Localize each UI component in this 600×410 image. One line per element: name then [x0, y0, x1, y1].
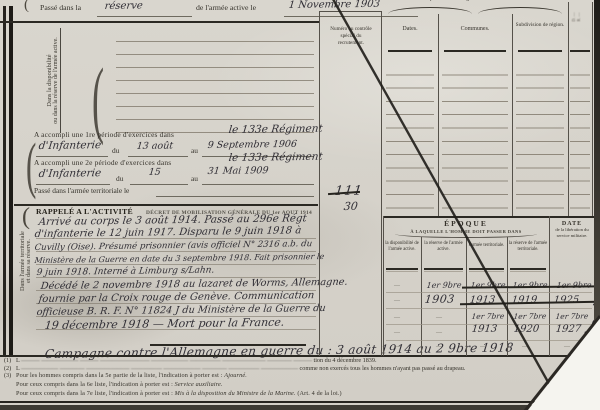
epoque-subtitle-flourish	[395, 234, 537, 238]
epoque-col-line	[421, 237, 422, 356]
side-label-territorial: Dans l'armée territoriale et dans sa rés…	[19, 217, 32, 305]
header-underline-thin	[469, 271, 504, 272]
blank-line	[202, 184, 314, 185]
blank-line	[284, 16, 418, 17]
territorial-printed: Passé dans l'armée territoriale le	[34, 186, 129, 195]
brace-decoration-left	[388, 7, 472, 14]
header-underline	[424, 268, 463, 270]
header-underline	[518, 50, 562, 52]
left-border-outer	[3, 6, 6, 356]
header-underline-thin	[510, 271, 546, 272]
top-line-handwritten-value: réserve	[104, 0, 143, 12]
epoque-top-border	[383, 216, 595, 218]
epoque-r3c4: 1er 7bre	[513, 312, 547, 321]
residence-header-dates: Dates.	[384, 26, 436, 32]
side-label-reserve: Dans la disponibilité ou dans la réserve…	[46, 28, 61, 133]
brace-decoration-right	[478, 7, 562, 14]
blank-cell-dash: —	[564, 344, 570, 350]
blank-cell-dash: —	[394, 344, 400, 350]
footnote-marker: (3)	[4, 372, 11, 379]
footnote-2-start: L	[16, 365, 20, 372]
epoque-row-line	[386, 308, 592, 309]
exercise2-au: au	[191, 174, 198, 183]
epoque-col-header-3: l'armée territoriale.	[467, 243, 506, 249]
header-underline	[388, 50, 432, 52]
header-underline	[444, 50, 506, 52]
date-col-header: DATE de la libération du service militai…	[550, 221, 594, 238]
epoque-row-line	[386, 340, 592, 341]
opening-paren: (	[24, 0, 29, 14]
epoque-r3c3: 1er 7bre	[471, 312, 505, 321]
blank-line	[97, 16, 192, 17]
date-col-sub: de la libération du service militaire.	[550, 227, 594, 238]
side-label-line1: Dans la disponibilité	[46, 28, 53, 133]
epoque-col-header-1: la disponibilité de l'armée active.	[384, 241, 420, 252]
numero-col-right-border	[381, 11, 382, 356]
residence-caption: par suite de changements de domicile ou …	[382, 0, 594, 2]
epoque-r1c2: 1er 9bre	[426, 281, 462, 290]
blank-line	[128, 156, 188, 157]
exercise2-du: du	[116, 174, 123, 183]
numero-col-left-border	[319, 11, 320, 356]
epoque-r4c4: 1920	[513, 324, 540, 335]
footnote-marker: (1)	[4, 357, 11, 364]
left-border-inner	[9, 6, 13, 356]
footnote-2-illegible: —————— ———— ——————— ————— —————— ———— ——…	[21, 365, 298, 372]
exercise2-printed: A accompli une 2e période d'exercices da…	[34, 158, 171, 167]
exercise1-au: au	[191, 146, 198, 155]
bottom-scan-edge	[0, 405, 600, 410]
blank-line	[36, 156, 108, 157]
exercise2-to: 31 Mai 1909	[207, 165, 269, 177]
epoque-title: ÉPOQUE	[383, 219, 549, 228]
footnote-2-end: comme non exercés tous les hommes n'ayan…	[300, 365, 466, 372]
epoque-r2c4: 1919	[511, 295, 538, 306]
exercise1-from: 13 août	[136, 140, 174, 152]
epoque-col-line	[507, 237, 508, 356]
header-underline-thin	[386, 271, 418, 272]
exercise2-regiment: le 133e Régiment	[228, 151, 323, 164]
exercise1-arm: d'Infanterie	[38, 139, 102, 152]
footnote-1-start: L	[16, 357, 20, 364]
numero-col-top-border	[319, 11, 381, 12]
numero-col-header: Numéro au contrôle spécial du recrutemen…	[329, 26, 373, 46]
blank-cell-dash: —	[394, 315, 400, 321]
top-line-handwritten-date: 1 Novembre 1903	[288, 0, 380, 11]
blank-cell-dash: —	[394, 298, 400, 304]
epoque-r2c2: 1903	[424, 293, 455, 306]
residence-side-note: D. — R. —	[571, 2, 581, 32]
exercise2-from: 15	[148, 167, 161, 178]
exercise1-du: du	[112, 146, 119, 155]
residence-body-rules	[570, 62, 590, 214]
header-underline	[570, 50, 590, 52]
side-label-line2: ou dans la réserve de l'armée active.	[53, 28, 61, 133]
footnote-5-suffix: (Art. 4 de la loi.)	[296, 390, 342, 397]
footnote-4-text: Pour ceux compris dans la 6e liste, l'in…	[16, 381, 175, 388]
bottom-rule	[0, 401, 600, 403]
top-line-label: Passé dans la	[40, 3, 81, 12]
footnote-1-end: tion du 4 décembre 1839.	[313, 357, 376, 364]
footnote-3: Pour les hommes compris dans la 5e parti…	[16, 372, 247, 379]
residence-header-subdivision: Subdivision de région.	[514, 22, 566, 28]
numero-value: 30	[343, 200, 358, 213]
blank-cell-dash: —	[522, 344, 528, 350]
exercise1-to: 9 Septembre 1906	[207, 139, 298, 151]
military-register-scan: ( Passé dans la réserve de l'armée activ…	[0, 0, 600, 410]
epoque-col-line	[466, 237, 467, 356]
footnote-3-term: Ajourné.	[224, 372, 247, 379]
residence-col-line	[512, 14, 513, 217]
header-underline	[510, 268, 546, 270]
residence-col-line	[592, 2, 593, 217]
section-rule	[0, 21, 320, 23]
blank-cell-dash: —	[436, 330, 442, 336]
blank-line	[156, 196, 314, 197]
blank-ruled-lines	[116, 29, 314, 134]
epoque-row-line	[386, 292, 592, 293]
blank-line	[130, 184, 188, 185]
residence-col-line	[438, 14, 439, 217]
blank-line	[36, 184, 110, 185]
footnote-5: Pour ceux compris dans la 7e liste, l'in…	[16, 390, 342, 397]
exercise1-printed: A accompli une 1re période d'exercices d…	[34, 130, 174, 139]
residence-body-rules	[516, 62, 564, 214]
epoque-col-header-4: la réserve de l'armée territoriale.	[508, 241, 548, 252]
footnote-1-illegible: ——— —————— ——— ———————— —————— ————— ———…	[21, 357, 312, 364]
exercise2-arm: d'Infanterie	[38, 167, 102, 180]
blank-cell-dash: —	[436, 344, 442, 350]
footnote-1: L ——— —————— ——— ———————— —————— ————— —…	[16, 357, 377, 364]
footnote-5-term: Mis à la disposition du Ministre de la M…	[175, 390, 296, 397]
footnote-marker: (2)	[4, 365, 11, 372]
blank-cell-dash: —	[394, 283, 400, 289]
footnote-4-term: Service auxiliaire.	[175, 381, 223, 388]
residence-header-communes: Communes.	[440, 26, 510, 32]
exercise1-regiment: le 133e Régiment	[228, 123, 323, 136]
right-scan-edge	[594, 0, 600, 322]
side-note-line2: R. —	[576, 2, 581, 32]
residence-col-line	[568, 2, 569, 217]
header-underline-thin	[424, 271, 463, 272]
section-rule	[14, 204, 318, 206]
side-label-line1: Dans l'armée territoriale	[19, 217, 26, 305]
footnote-4: Pour ceux compris dans la 6e liste, l'in…	[16, 381, 223, 388]
residence-body-rules	[442, 62, 508, 214]
side-label-line2: et dans sa réserve.	[26, 217, 32, 305]
footnote-3-text: Pour les hommes compris dans la 5e parti…	[16, 372, 224, 379]
top-line-label-2: de l'armée active le	[196, 3, 256, 12]
residence-body-rules	[386, 62, 434, 214]
blank-cell-dash: —	[436, 315, 442, 321]
epoque-left-border	[383, 216, 384, 356]
footnote-5-text: Pour ceux compris dans la 7e liste, l'in…	[16, 390, 175, 397]
epoque-col-header-2: la réserve de l'armée active.	[422, 241, 465, 252]
header-underline	[469, 268, 504, 270]
epoque-r4c5: 1927	[555, 324, 582, 335]
blank-cell-dash: —	[480, 344, 486, 350]
blank-cell-dash: —	[394, 330, 400, 336]
header-underline	[386, 268, 418, 270]
footnote-2: L —————— ———— ——————— ————— —————— ———— …	[16, 365, 465, 372]
epoque-r4c3: 1913	[471, 324, 498, 335]
